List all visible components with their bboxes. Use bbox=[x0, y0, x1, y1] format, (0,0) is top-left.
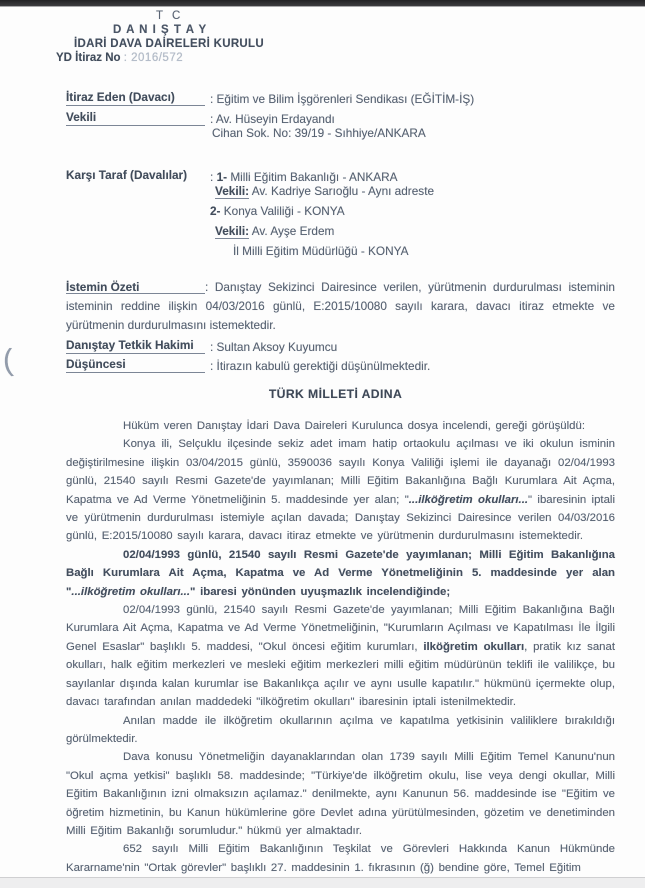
header-tc: T C bbox=[156, 10, 615, 24]
paragraph-7: 652 sayılı Milli Eğitim Bakanlığının Teş… bbox=[66, 840, 615, 877]
header-court-name: D A N I Ş T A Y bbox=[113, 24, 615, 38]
header-case-number: YD İtiraz No : 2016/572 bbox=[56, 52, 615, 66]
davali-1-number: 1- bbox=[217, 170, 228, 184]
dusuncesi-label: Düşüncesi bbox=[66, 357, 205, 373]
header-board-name: İDARİ DAVA DAİRELERİ KURULU bbox=[74, 38, 615, 52]
document-content: T C D A N I Ş T A Y İDARİ DAVA DAİRELERİ… bbox=[56, 10, 615, 877]
section-heading-turk-milleti-adina: TÜRK MİLLETİ ADINA bbox=[56, 387, 615, 401]
row-itiraz-eden: İtiraz Eden (Davacı) : Eğitim ve Bilim İ… bbox=[66, 86, 615, 106]
paragraph-2: Konya ili, Selçuklu ilçesinde sekiz adet… bbox=[66, 435, 615, 545]
row-davali-2: 2- Konya Valiliği - KONYA bbox=[210, 204, 615, 224]
itiraz-eden-label: İtiraz Eden (Davacı) bbox=[66, 90, 205, 106]
row-davali-1-vekili: Vekili: Av. Kadriye Sarıoğlu - Aynı adre… bbox=[215, 184, 615, 204]
row-dusuncesi: Düşüncesi : İtirazın kabulü gerektiği dü… bbox=[66, 354, 615, 373]
davali-1-value: : 1- Milli Eğitim Bakanlığı - ANKARA bbox=[205, 170, 398, 184]
paragraph-4: 02/04/1993 günlü, 21540 sayılı Resmi Gaz… bbox=[66, 601, 615, 711]
paragraph-6: Dava konusu Yönetmeliğin dayanaklarından… bbox=[66, 748, 615, 840]
istemin-ozeti-paragraph: İstemin Özeti: Danıştay Sekizinci Daires… bbox=[66, 278, 615, 335]
vekili-value: Av. Ayşe Erdem bbox=[249, 224, 334, 238]
vekili-label: Vekili: bbox=[215, 224, 249, 239]
davali-2-vekili-address: İl Milli Eğitim Müdürlüğü - KONYA bbox=[233, 244, 615, 264]
davali-2-number: 2- bbox=[210, 204, 221, 218]
row-tetkik-hakimi: Danıştay Tetkik Hakimi : Sultan Aksoy Ku… bbox=[66, 335, 615, 354]
tetkik-hakimi-value: : Sultan Aksoy Kuyumcu bbox=[205, 340, 337, 354]
itiraz-eden-value: : Eğitim ve Bilim İşgörenleri Sendikası … bbox=[205, 92, 474, 106]
emphasized-phrase: ...ilköğretim okulları... bbox=[409, 494, 528, 506]
tetkik-hakimi-label: Danıştay Tetkik Hakimi bbox=[66, 338, 205, 354]
vekili-label: Vekili bbox=[66, 110, 205, 126]
case-number-label: YD İtiraz No bbox=[56, 52, 121, 64]
davali-2-value: Konya Valiliği - KONYA bbox=[221, 204, 345, 218]
vekili-address: Cihan Sok. No: 39/19 - Sıhhiye/ANKARA bbox=[212, 126, 615, 146]
row-vekili-1: Vekili : Av. Hüseyin Erdayandı bbox=[66, 106, 615, 126]
row-davali-2-vekili: Vekili: Av. Ayşe Erdem bbox=[215, 224, 615, 244]
paragraph-1: Hüküm veren Danıştay İdari Dava Daireler… bbox=[66, 417, 615, 435]
emphasized-phrase: ...ilköğretim okulları... bbox=[71, 586, 190, 598]
dusuncesi-value: : İtirazın kabulü gerektiği düşünülmekte… bbox=[205, 359, 430, 373]
case-number-value: : 2016/572 bbox=[124, 52, 183, 64]
vekili-label: Vekili: bbox=[215, 184, 249, 199]
paragraph-5: Anılan madde ile ilköğretim okullarının … bbox=[66, 712, 615, 749]
emphasized-phrase: ilköğretim okulları bbox=[423, 641, 524, 653]
paragraph-3: 02/04/1993 günlü, 21540 sayılı Resmi Gaz… bbox=[66, 546, 615, 601]
decision-body: Hüküm veren Danıştay İdari Dava Daireler… bbox=[66, 417, 615, 877]
karsi-taraf-label: Karşı Taraf (Davalılar) bbox=[66, 168, 205, 184]
document-page: ( T C D A N I Ş T A Y İDARİ DAVA DAİRELE… bbox=[0, 0, 645, 888]
row-karsi-taraf: Karşı Taraf (Davalılar) : 1- Milli Eğiti… bbox=[66, 164, 615, 184]
vekili-value: Av. Kadriye Sarıoğlu - Aynı adreste bbox=[249, 184, 434, 198]
vekili-value: : Av. Hüseyin Erdayandı bbox=[205, 112, 335, 126]
text-segment: " ibaresi yönünden uyuşmazlık incelendiğ… bbox=[190, 586, 450, 598]
scan-parenthesis-artifact: ( bbox=[2, 344, 14, 379]
scan-top-bar-artifact bbox=[0, 0, 645, 7]
istemin-ozeti-label: İstemin Özeti bbox=[66, 278, 205, 294]
scan-bottom-band-artifact bbox=[0, 877, 645, 888]
text-segment: Milli Eğitim Bakanlığı - ANKARA bbox=[227, 170, 397, 184]
